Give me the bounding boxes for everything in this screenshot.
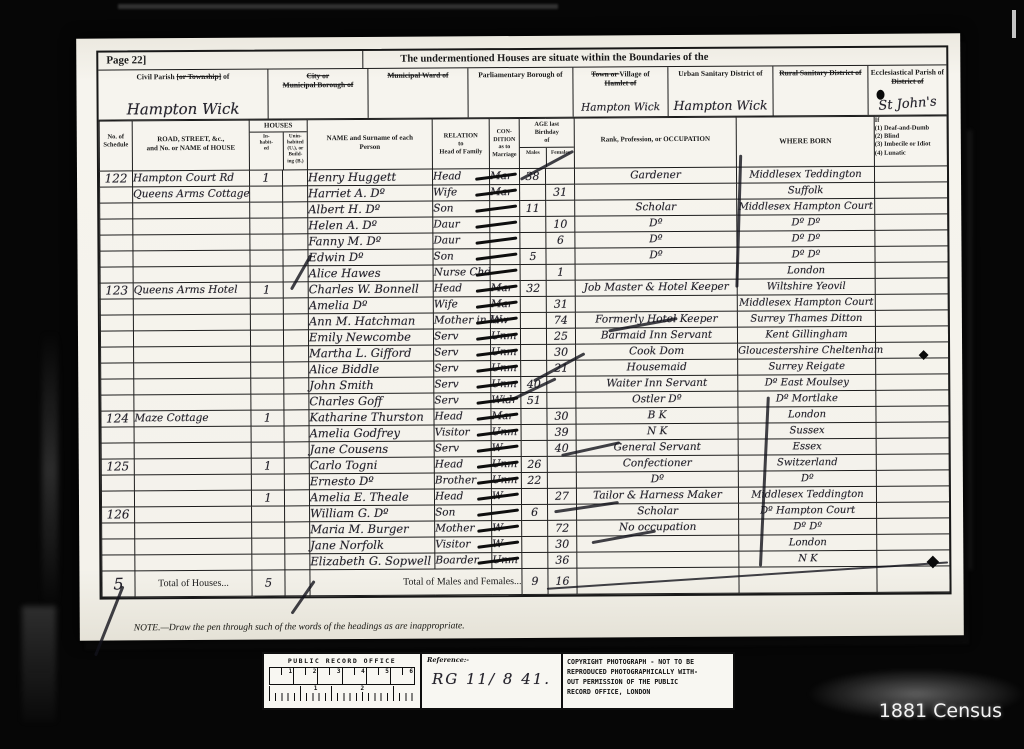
age-female-cell: 31 (546, 296, 575, 312)
age-male-cell (520, 184, 546, 200)
name-cell: Elizabeth G. Sopwell (310, 553, 435, 570)
name-cell-text: Charles W. Bonnell (309, 281, 419, 296)
age-female-cell: 1 (546, 264, 575, 280)
age-male-cell: 26 (521, 456, 547, 472)
schedule-cell (101, 427, 134, 443)
age-female-cell-text: 6 (557, 233, 564, 246)
infirmity-cell (876, 406, 949, 422)
column-header-road: ROAD, STREET, &c., and No. or NAME of HO… (132, 120, 249, 170)
infirmity-cell (876, 358, 949, 374)
occupation-cell (575, 263, 737, 280)
where-born-cell-text: Dº Hampton Court (760, 505, 855, 517)
name-cell-text: Harriet A. Dº (308, 186, 385, 200)
where-born-cell-text: Wiltshire Yeovil (767, 281, 846, 292)
where-born-cell-text: Dº Mortlake (776, 393, 838, 404)
infirmity-cell (874, 166, 947, 182)
relation-cell-text: Son (435, 506, 455, 518)
totals-houses-label: Total of Houses... (135, 570, 252, 597)
inhabited-cell-text: 1 (264, 410, 271, 424)
relation-cell: Head (434, 408, 491, 424)
infirmity-cell (875, 310, 948, 326)
address-cell (134, 394, 251, 411)
age-female-cell-text: 10 (553, 217, 567, 230)
age-male-cell (520, 296, 546, 312)
where-born-cell: Dº Mortlake (738, 390, 876, 407)
relation-cell-text: Visitor (435, 426, 470, 438)
address-cell: Queens Arms Hotel (133, 282, 250, 299)
age-female-cell-text: 27 (555, 489, 569, 502)
name-cell-text: Amelia Dº (309, 298, 368, 312)
inhabited-cell-text: 1 (262, 170, 269, 184)
age-male-cell (521, 440, 547, 456)
schedule-cell (101, 363, 134, 379)
ruler-number: 1 (313, 685, 319, 692)
address-cell (133, 218, 250, 235)
schedule-cell: 123 (100, 283, 133, 299)
name-cell-text: Katharine Thurston (309, 409, 423, 424)
district-parliamentary-borough: Parliamentary Borough of (468, 68, 573, 118)
ruler-number: 2 (360, 685, 366, 692)
totals-houses-value: 5 (252, 570, 285, 596)
address-cell (135, 522, 252, 539)
address-cell (135, 506, 252, 523)
district-header-row: Civil Parish [or Township] ofHampton Wic… (98, 65, 946, 120)
relation-cell-text: Daur (433, 234, 460, 246)
ruler-segment: 5 (367, 668, 391, 684)
occupation-cell-text: General Servant (614, 441, 701, 454)
occupation-header-label: Rank, Profession, or OCCUPATION (575, 118, 736, 145)
occupation-cell-text: B K (648, 409, 667, 421)
where-born-cell: Dº Dº (737, 230, 875, 247)
name-cell: Helen A. Dº (308, 217, 433, 234)
name-cell: Ernesto Dº (309, 473, 434, 490)
condition-header-label: CON- DITION as to Marriage (490, 119, 519, 159)
uninhabited-cell (283, 330, 308, 346)
age-female-cell (546, 248, 575, 264)
schedule-cell (100, 219, 133, 235)
relation-cell: Serv (434, 360, 491, 376)
where-born-cell: Suffolk (737, 182, 875, 199)
occupation-cell: Barmaid Inn Servant (575, 327, 737, 344)
district-label: Ecclesiastical Parish ofDistrict of (868, 67, 946, 86)
name-cell-text: Jane Cousens (310, 442, 389, 456)
film-artifact (118, 4, 558, 9)
film-artifact (1012, 10, 1016, 38)
age-male-cell (520, 328, 546, 344)
age-female-cell (545, 168, 574, 184)
occupation-cell-text: N K (647, 425, 667, 437)
name-cell: Maria M. Burger (310, 521, 435, 538)
where-born-cell: Wiltshire Yeovil (737, 278, 875, 295)
age-male-cell (520, 264, 546, 280)
name-cell-text: Helen A. Dº (308, 218, 377, 232)
schedule-cell (100, 251, 133, 267)
infirmity-cell (876, 454, 949, 470)
infirmity-cell (876, 390, 949, 406)
address-cell (134, 346, 251, 363)
schedule-cell (102, 523, 135, 539)
ink-blot (876, 90, 884, 100)
schedule-header-label: No. of Schedule (100, 121, 132, 149)
occupation-cell: Cook Dom (576, 343, 738, 360)
inhabited-cell (251, 394, 284, 410)
age-female-cell-text: 72 (555, 521, 569, 534)
where-born-cell: London (738, 406, 876, 423)
name-cell: Alice Biddle (309, 361, 434, 378)
inhabited-cell: 1 (251, 490, 284, 506)
age-male-cell: 32 (520, 280, 546, 296)
address-cell (134, 442, 251, 459)
occupation-cell: Dº (576, 471, 738, 488)
where-born-cell: Dº Dº (737, 214, 875, 231)
age-female-cell: 25 (546, 328, 575, 344)
relation-cell-text: Serv (434, 330, 458, 342)
schedule-cell (101, 443, 134, 459)
district-label: City orMunicipal Borough of (268, 71, 367, 90)
uninhabited-cell (284, 362, 309, 378)
public-record-office-stamp: PUBLIC RECORD OFFICE 123456 1 2 Referenc… (262, 652, 735, 710)
inhabited-cell (250, 186, 283, 202)
inhabited-cell (251, 362, 284, 378)
relation-cell-text: Serv (434, 362, 458, 374)
age-male-cell (521, 488, 547, 504)
name-cell: William G. Dº (310, 505, 435, 522)
name-cell-text: Albert H. Dº (308, 202, 380, 216)
age-female-cell (547, 392, 576, 408)
age-male-cell (520, 232, 546, 248)
occupation-cell: Job Master & Hotel Keeper (575, 279, 737, 296)
column-header-age: AGE last Birthday of Males Females (519, 118, 574, 168)
where-born-cell-text: Dº Dº (793, 521, 822, 532)
schedule-cell-text: 125 (106, 459, 129, 473)
uninhabited-cell (284, 474, 309, 490)
age-male-cell (521, 424, 547, 440)
age-male-cell (520, 216, 546, 232)
district-town-village: Town or Village ofHamlet ofHampton Wick (573, 67, 668, 117)
schedule-cell: 122 (99, 171, 132, 187)
relation-cell-text: Serv (435, 442, 459, 454)
uninhabited-cell (284, 458, 309, 474)
name-cell: Amelia E. Theale (309, 489, 434, 506)
inhabited-cell (250, 250, 283, 266)
stamp-ruler-section: PUBLIC RECORD OFFICE 123456 1 2 (264, 654, 422, 708)
occupation-cell-text: Job Master & Hotel Keeper (584, 280, 729, 293)
where-born-cell-text: N K (798, 553, 817, 564)
relation-cell: Head (434, 488, 491, 504)
relation-cell-text: Boarder (435, 554, 478, 566)
address-cell (134, 490, 251, 507)
schedule-cell (101, 475, 134, 491)
age-female-cell (547, 456, 576, 472)
infirmity-cell (875, 262, 948, 278)
district-label: Rural Sanitary District of (773, 68, 867, 78)
totals-males-value: 9 (522, 568, 548, 594)
where-born-cell-text: Suffolk (788, 185, 824, 196)
occupation-cell: Dº (575, 215, 737, 232)
relation-cell: Wife (433, 184, 490, 200)
where-born-cell: Switzerland (738, 454, 876, 471)
relation-cell: Brother (434, 472, 491, 488)
relation-cell-text: Daur (433, 218, 460, 230)
inhabited-cell (250, 298, 283, 314)
where-born-cell: Middlesex Teddington (738, 486, 876, 503)
district-label: Urban Sanitary District of (668, 68, 772, 78)
age-male-cell (521, 344, 547, 360)
occupation-cell: Formerly Hotel Keeper (575, 311, 737, 328)
inhabited-cell-text: 1 (264, 490, 271, 504)
inhabited-cell: 1 (251, 410, 284, 426)
age-female-cell-text: 1 (557, 265, 564, 278)
totals-males-females-label: Total of Males and Females... (310, 568, 522, 595)
address-cell-text: Queens Arms Cottage (133, 187, 250, 200)
column-header-occupation: Rank, Profession, or OCCUPATION (574, 117, 736, 168)
name-cell: Harriet A. Dº (308, 185, 433, 202)
inhabited-cell (250, 314, 283, 330)
where-born-cell-text: Middlesex Teddington (751, 489, 863, 501)
schedule-cell (101, 379, 134, 395)
schedule-cell (102, 539, 135, 555)
relation-cell: Visitor (434, 424, 491, 440)
age-male-cell-text: 26 (527, 458, 541, 471)
infirmity-cell (875, 182, 948, 198)
age-header-label: AGE last Birthday of (520, 119, 574, 148)
name-cell-text: John Smith (309, 378, 374, 392)
address-cell-text: Queens Arms Hotel (134, 283, 238, 296)
relation-cell: Daur (433, 216, 490, 232)
inhabited-cell (250, 218, 283, 234)
relation-cell: Boarder (435, 552, 492, 568)
relation-cell: Serv (433, 328, 490, 344)
where-born-cell: Dº Dº (739, 518, 877, 535)
boundary-title: The undermentioned Houses are situate wi… (363, 50, 946, 65)
district-civil-parish: Civil Parish [or Township] ofHampton Wic… (98, 70, 268, 120)
relation-cell: Head (434, 456, 491, 472)
address-cell (133, 330, 250, 347)
age-female-cell: 39 (547, 424, 576, 440)
ruler-segment: 3 (318, 668, 342, 684)
age-female-cell (546, 200, 575, 216)
name-cell-text: Henry Huggett (308, 170, 396, 185)
occupation-cell: Tailor & Harness Maker (576, 487, 738, 504)
census-photograph: Page 22] The undermentioned Houses are s… (0, 0, 1024, 749)
column-header-born: WHERE BORN (736, 116, 874, 167)
age-female-cell: 27 (547, 488, 576, 504)
column-header-name: NAME and Surname of each Person (307, 119, 432, 170)
name-cell-text: Carlo Togni (310, 458, 378, 472)
copyright-notice: COPYRIGHT PHOTOGRAPH - NOT TO BE REPRODU… (563, 654, 733, 708)
address-cell (133, 314, 250, 331)
occupation-cell-text: Housemaid (627, 361, 687, 373)
occupation-cell: No occupation (577, 519, 739, 536)
schedule-cell (101, 395, 134, 411)
age-female-cell-text: 31 (553, 185, 567, 198)
occupation-cell (575, 295, 737, 312)
film-artifact (966, 130, 972, 570)
uninhabited-cell (284, 346, 309, 362)
where-born-cell-text: London (789, 537, 827, 548)
name-cell-text: Alice Hawes (309, 266, 381, 280)
relation-cell: Daur (433, 232, 490, 248)
where-born-cell: Middlesex Hampton Court (737, 198, 875, 215)
stamp-ruler-top: 123456 (269, 667, 415, 685)
where-born-cell: Kent Gillingham (737, 326, 875, 343)
schedule-cell-text: 126 (107, 507, 130, 521)
inhabited-cell (251, 378, 284, 394)
uninhabited-cell (284, 426, 309, 442)
name-cell-text: Ann M. Hatchman (309, 313, 415, 328)
where-born-cell-text: Middlesex Teddington (749, 169, 861, 181)
where-born-cell-text: Sussex (790, 425, 825, 436)
infirmity-cell (876, 342, 949, 358)
occupation-cell-text: Dº (649, 249, 662, 261)
infirmity-cell (875, 246, 948, 262)
name-cell-text: William G. Dº (310, 506, 389, 520)
houses-header-label: HOUSES (250, 120, 307, 132)
where-born-cell: London (737, 262, 875, 279)
occupation-cell: N K (576, 423, 738, 440)
name-cell-text: Jane Norfolk (310, 538, 384, 552)
stamp-office-name: PUBLIC RECORD OFFICE (264, 654, 420, 667)
age-male-cell-text: 6 (531, 506, 538, 519)
infirmity-cell (875, 294, 948, 310)
uninhabited-cell (285, 554, 310, 570)
name-cell: Charles Goff (309, 393, 434, 410)
where-born-cell-text: Middlesex Hampton Court (739, 297, 873, 309)
address-cell (134, 474, 251, 491)
age-female-cell: 36 (548, 552, 577, 568)
schedule-cell (100, 331, 133, 347)
relation-cell-text: Head (435, 458, 463, 470)
district-urban-sanitary: Urban Sanitary District ofHampton Wick (668, 66, 773, 116)
infirmity-cell (877, 534, 950, 550)
district-label: Parliamentary Borough of (468, 70, 572, 80)
relation-cell-text: Son (433, 250, 453, 262)
relation-cell: Mother (435, 520, 492, 536)
name-cell: Amelia Dº (308, 297, 433, 314)
name-cell-text: Martha L. Gifford (309, 345, 412, 360)
inhabited-cell (250, 330, 283, 346)
age-male-cell (520, 312, 546, 328)
relation-header-label: RELATION to Head of Family (433, 119, 489, 157)
relation-cell-text: Brother (435, 474, 476, 486)
name-cell: Carlo Togni (309, 457, 434, 474)
where-born-cell-text: Dº Dº (792, 249, 821, 260)
where-born-cell-text: Kent Gillingham (765, 329, 847, 341)
relation-cell: Serv (434, 344, 491, 360)
name-cell: Amelia Godfrey (309, 425, 434, 442)
stamp-ruler-bottom: 1 2 (269, 686, 415, 701)
relation-cell-text: Wife (434, 298, 458, 310)
relation-cell: Son (433, 200, 490, 216)
age-male-cell (522, 536, 548, 552)
age-male-cell: 5 (520, 248, 546, 264)
uninhabited-cell (284, 378, 309, 394)
where-born-cell: Surrey Reigate (738, 358, 876, 375)
inhabited-cell (250, 266, 283, 282)
address-cell (134, 426, 251, 443)
where-born-cell-text: London (787, 265, 825, 276)
column-header-houses: HOUSES In- habit- ed Unin- habited (U.),… (249, 120, 307, 170)
occupation-cell-text: Cook Dom (629, 345, 684, 357)
age-female-cell-text: 30 (555, 537, 569, 550)
road-header-label: ROAD, STREET, &c., and No. or NAME of HO… (133, 121, 249, 153)
occupation-cell: Scholar (575, 199, 737, 216)
name-cell: Charles W. Bonnell (308, 281, 433, 298)
inhabited-cell-text: 1 (263, 282, 270, 296)
stamp-reference-section: Reference:- RG 11/ 8 41. (422, 654, 563, 708)
ruler-segment: 4 (343, 668, 367, 684)
address-cell (134, 458, 251, 475)
infirmity-cell (875, 278, 948, 294)
age-female-cell-text: 30 (554, 409, 568, 422)
relation-cell: Visitor (435, 536, 492, 552)
name-cell-text: Edwin Dº (308, 250, 363, 264)
where-born-cell-text: Switzerland (777, 457, 838, 468)
infirmity-cell (876, 438, 949, 454)
schedule-cell (100, 267, 133, 283)
age-female-cell-text: 39 (555, 425, 569, 438)
infirmity-cell (877, 518, 950, 534)
age-female-cell: 72 (548, 520, 577, 536)
infirmity-cell (875, 326, 948, 342)
occupation-cell-text: Waiter Inn Servant (606, 377, 707, 390)
name-cell-text: Elizabeth G. Sopwell (310, 553, 431, 568)
census-form-frame: Page 22] The undermentioned Houses are s… (96, 45, 951, 599)
name-cell: Henry Huggett (307, 169, 432, 186)
occupation-cell-text: Tailor & Harness Maker (593, 489, 722, 502)
occupation-cell: Waiter Inn Servant (576, 375, 738, 392)
relation-cell-text: Mother (435, 522, 474, 534)
relation-cell: Serv (434, 440, 491, 456)
where-born-cell: Middlesex Hampton Court (737, 294, 875, 311)
schedule-cell: 126 (102, 507, 135, 523)
district-label: Civil Parish [or Township] of (98, 72, 267, 82)
where-born-cell: Surrey Thames Ditton (737, 310, 875, 327)
occupation-cell-text: No occupation (619, 521, 696, 533)
schedule-cell-text: 122 (105, 171, 128, 185)
name-cell: Edwin Dº (308, 249, 433, 266)
infirmity-cell (876, 486, 949, 502)
district-handwritten-value: Hampton Wick (669, 98, 773, 114)
schedule-cell (102, 555, 135, 571)
uninhabited-cell (284, 490, 309, 506)
infirmity-header-label: If (1) Deaf-and-Dumb (2) Blind (3) Imbec… (875, 116, 947, 157)
age-male-cell (522, 552, 548, 568)
address-cell: Queens Arms Cottage (133, 186, 250, 203)
district-handwritten-value: Hampton Wick (99, 100, 268, 120)
age-female-cell: 74 (546, 312, 575, 328)
uninhabited-cell (283, 218, 308, 234)
uninhabited-cell (285, 538, 310, 554)
address-cell (133, 202, 250, 219)
infirmity-cell (875, 230, 948, 246)
infirmity-cell (876, 374, 949, 390)
district-label: Town or Village ofHamlet of (573, 69, 667, 88)
relation-cell-text: Serv (434, 346, 458, 358)
name-cell: Fanny M. Dº (308, 233, 433, 250)
age-female-cell: 10 (546, 216, 575, 232)
schedule-cell (101, 491, 134, 507)
uninhabited-cell (284, 394, 309, 410)
address-cell (135, 554, 252, 571)
address-cell (134, 378, 251, 395)
age-female-cell (547, 472, 576, 488)
uninhabited-cell (283, 186, 308, 202)
where-born-cell-text: Surrey Reigate (768, 361, 845, 372)
name-cell: Emily Newcombe (308, 329, 433, 346)
where-born-cell: Dº East Moulsey (738, 374, 876, 391)
name-cell: Martha L. Gifford (309, 345, 434, 362)
